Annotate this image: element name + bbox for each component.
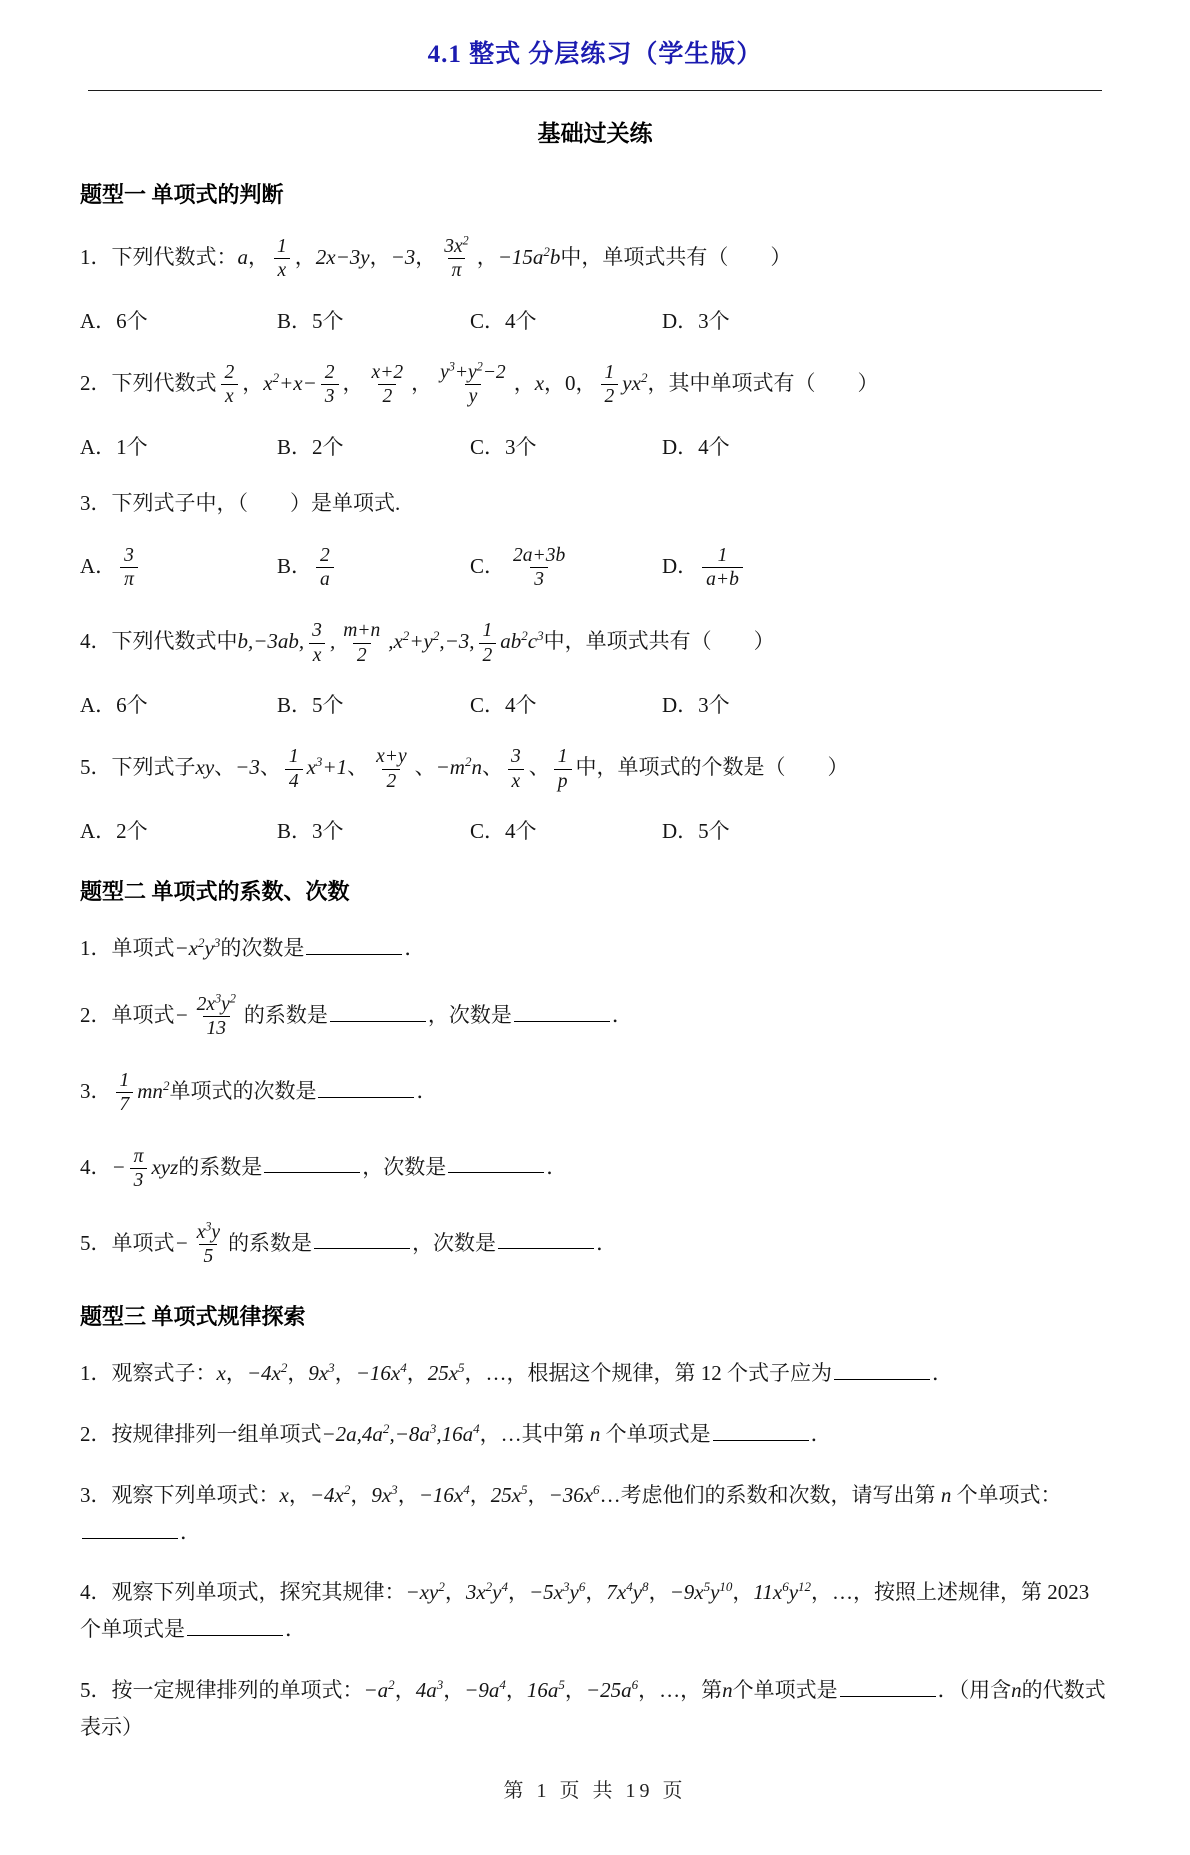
math-expression: ab2c3 (500, 629, 543, 653)
option-item: A．6个 (80, 689, 277, 719)
math-expression: −9x5y10 (670, 1580, 733, 1604)
text-run: ， (445, 1580, 466, 1604)
answer-blank (314, 1227, 410, 1249)
math-expression: yx2 (622, 371, 647, 395)
math-expression: x (280, 1483, 289, 1507)
text-run: ， (514, 371, 535, 395)
text-run: C．4个 (470, 693, 537, 717)
section-heading: 题型三 单项式规律探索 (80, 1300, 1110, 1331)
math-fraction: 1a+b (702, 544, 743, 592)
text-run: D． (662, 553, 698, 577)
text-run: D．3个 (662, 693, 730, 717)
math-fraction: 17 (116, 1069, 134, 1117)
text-run: 中，单项式共有（ ） (544, 629, 775, 653)
math-expression: n (1011, 1678, 1022, 1702)
option-item: D．3个 (662, 305, 1110, 335)
text-run: ． (596, 1230, 617, 1254)
text-run: ， (398, 1483, 419, 1507)
math-expression: x3+1 (307, 755, 348, 779)
math-expression: x2+x− (263, 371, 317, 395)
answer-blank (514, 1000, 610, 1022)
text-run: ， (415, 245, 436, 269)
answer-blank (82, 1517, 178, 1539)
text-run: ， (370, 245, 391, 269)
question-line: 1．观察式子：x，−4x2，9x3，−16x4，25x5，…，根据这个规律，第 … (80, 1355, 1110, 1392)
text-run: D．5个 (662, 819, 730, 843)
text-run: 3．下列式子中，（ ）是单项式. (80, 491, 400, 515)
text-run: 4．下列代数式中 (80, 629, 238, 653)
answer-blank (713, 1419, 809, 1441)
text-run: ， (506, 1678, 527, 1702)
text-run: C．3个 (470, 435, 537, 459)
text-run: 、 (347, 755, 368, 779)
text-run: A． (80, 553, 116, 577)
answer-blank (187, 1614, 283, 1636)
math-expression: − (175, 1003, 189, 1027)
math-expression: −3 (235, 755, 260, 779)
question-line: 2．下列代数式2x，x2+x−23，x+22，y3+y2−2y，x，0，12yx… (80, 359, 1110, 411)
math-expression: 2x−3y (316, 245, 370, 269)
text-run: D．3个 (662, 309, 730, 333)
math-expression: ,x2+y2,−3, (388, 629, 474, 653)
text-run: 、 (260, 755, 281, 779)
math-fraction: 2x3y213 (193, 993, 240, 1041)
text-run: A．2个 (80, 819, 148, 843)
math-fraction: 23 (321, 361, 339, 409)
text-run: 5．下列式子 (80, 755, 196, 779)
text-run: ， (287, 1361, 308, 1385)
option-item: A．6个 (80, 305, 277, 335)
doc-title: 4.1 整式 分层练习（学生版） (80, 34, 1110, 70)
math-fraction: 12 (601, 361, 619, 409)
text-run: 2．下列代数式 (80, 371, 217, 395)
text-run: C．4个 (470, 819, 537, 843)
text-run: ，…，第 (638, 1678, 722, 1702)
option-item: B．3个 (277, 815, 470, 845)
question-line: 4．−π3xyz的系数是，次数是． (80, 1143, 1110, 1195)
text-run: ， (585, 1580, 606, 1604)
worksheet-page: 4.1 整式 分层练习（学生版） 基础过关练 题型一 单项式的判断1．下列代数式… (0, 0, 1190, 1855)
math-fraction: 2a (316, 544, 334, 592)
math-expression: 3x2y4 (466, 1580, 508, 1604)
text-run: ， (470, 1483, 491, 1507)
option-item: C．4个 (470, 689, 662, 719)
question-line: 1．单项式−x2y3的次数是． (80, 930, 1110, 967)
text-run: 、 (415, 755, 436, 779)
text-run: ． (285, 1617, 306, 1641)
question-line: 5．下列式子xy、−3、14x3+1、x+y2、−m2n、3x、1p中，单项式的… (80, 743, 1110, 795)
math-fraction: 3x (308, 619, 326, 667)
math-fraction: 14 (285, 745, 303, 793)
answer-blank (834, 1358, 930, 1380)
text-run: 4．观察下列单项式，探究其规律： (80, 1580, 406, 1604)
text-run: 、 (482, 755, 503, 779)
text-run: A．1个 (80, 435, 148, 459)
math-fraction: x3y5 (193, 1221, 224, 1269)
math-expression: mn2 (137, 1079, 169, 1103)
math-expression: −m2n (436, 755, 482, 779)
option-item: B．5个 (277, 689, 470, 719)
option-item: B．2a (277, 542, 470, 594)
answer-blank (318, 1075, 414, 1097)
text-run: B． (277, 553, 312, 577)
math-expression: 9x3 (371, 1483, 397, 1507)
math-expression: n (941, 1483, 952, 1507)
question-line: 3．17mn2单项式的次数是． (80, 1067, 1110, 1119)
text-run: 3． (80, 1079, 112, 1103)
text-run: ， (443, 1678, 464, 1702)
math-expression: 7x4y8 (606, 1580, 648, 1604)
text-run: ， (295, 245, 316, 269)
text-run: ， (226, 1361, 247, 1385)
math-fraction: x+22 (368, 361, 408, 409)
text-run: 2．单项式 (80, 1003, 175, 1027)
text-run: ， (343, 371, 364, 395)
text-run: 个单项式： (951, 1483, 1061, 1507)
text-run: ， (335, 1361, 356, 1385)
math-fraction: m+n2 (339, 619, 384, 667)
text-run: ． (811, 1422, 832, 1446)
text-run: 4． (80, 1154, 112, 1178)
text-run: 中，单项式的个数是（ ） (576, 755, 849, 779)
text-run: 1．观察式子： (80, 1361, 217, 1385)
text-run: 1．单项式 (80, 936, 175, 960)
text-run: ， (407, 1361, 428, 1385)
option-item: C．4个 (470, 815, 662, 845)
title-divider (88, 90, 1102, 91)
text-run: ，其中单项式有（ ） (647, 371, 878, 395)
question-line: 1．下列代数式：a，1x，2x−3y，−3，3x2π，−15a2b中，单项式共有… (80, 233, 1110, 285)
text-run: ， (242, 371, 263, 395)
option-item: B．5个 (277, 305, 470, 335)
text-run: ，次数是 (428, 1003, 512, 1027)
text-run: D．4个 (662, 435, 730, 459)
math-fraction: 1x (273, 235, 291, 283)
text-run: B．2个 (277, 435, 344, 459)
option-item: D．3个 (662, 689, 1110, 719)
text-run: B．5个 (277, 309, 344, 333)
math-expression: −16x4 (419, 1483, 470, 1507)
options-row: A．2个B．3个C．4个D．5个 (80, 815, 1110, 845)
math-expression: −4x2 (310, 1483, 351, 1507)
text-run: ， (350, 1483, 371, 1507)
option-item: C．2a+3b3 (470, 542, 662, 594)
option-item: D．5个 (662, 815, 1110, 845)
section-heading: 题型一 单项式的判断 (80, 178, 1110, 209)
text-run: 的系数是 (178, 1154, 262, 1178)
text-run: …考虑他们的系数和次数，请写出第 (600, 1483, 941, 1507)
text-run: ， (395, 1678, 416, 1702)
math-expression: −16x4 (356, 1361, 407, 1385)
math-fraction: π3 (130, 1145, 148, 1193)
question-line: 3．观察下列单项式：x，−4x2，9x3，−16x4，25x5，−36x6…考虑… (80, 1477, 1110, 1551)
math-fraction: 3x (507, 745, 525, 793)
question-line: 4．下列代数式中b,−3ab,3x,m+n2,x2+y2,−3,12ab2c3中… (80, 617, 1110, 669)
math-expression: −4x2 (247, 1361, 288, 1385)
math-expression: 25x5 (491, 1483, 528, 1507)
math-expression: −x2y3 (175, 936, 221, 960)
text-run: ，…，根据这个规律，第 12 个式子应为 (465, 1361, 833, 1385)
text-run: 5．单项式 (80, 1230, 175, 1254)
text-run: 的次数是 (220, 936, 304, 960)
text-run: ，0， (544, 371, 597, 395)
options-row: A．6个B．5个C．4个D．3个 (80, 689, 1110, 719)
math-expression: , (330, 629, 335, 653)
math-expression: 9x3 (308, 1361, 334, 1385)
text-run: 单项式的次数是 (169, 1079, 316, 1103)
math-expression: −9a4 (464, 1678, 506, 1702)
text-run: ， (528, 1483, 549, 1507)
math-expression: −xy2 (406, 1580, 445, 1604)
option-item: A．3π (80, 542, 277, 594)
text-run: 2．按规律排列一组单项式 (80, 1422, 322, 1446)
text-run: 中，单项式共有（ ） (560, 245, 791, 269)
answer-blank (448, 1151, 544, 1173)
worksheet-body: 题型一 单项式的判断1．下列代数式：a，1x，2x−3y，−3，3x2π，−15… (80, 178, 1110, 1745)
math-expression: x (535, 371, 544, 395)
math-expression: −a2 (364, 1678, 395, 1702)
text-run: ， (477, 245, 498, 269)
text-run: A．6个 (80, 309, 148, 333)
option-item: C．3个 (470, 431, 662, 461)
page-footer: 第 1 页 共 19 页 (0, 1774, 1190, 1803)
math-expression: xy (196, 755, 215, 779)
text-run: ， (649, 1580, 670, 1604)
math-fraction: 3x2π (440, 235, 472, 283)
text-run: C．4个 (470, 309, 537, 333)
text-run: 个单项式是 (600, 1422, 710, 1446)
math-expression: b,−3ab, (238, 629, 305, 653)
option-item: B．2个 (277, 431, 470, 461)
text-run: 个单项式是 (733, 1678, 838, 1702)
math-expression: −15a2b (498, 245, 561, 269)
math-expression: a (238, 245, 249, 269)
text-run: 的系数是 (228, 1230, 312, 1254)
question-line: 4．观察下列单项式，探究其规律：−xy2，3x2y4，−5x3y6，7x4y8，… (80, 1574, 1110, 1648)
text-run: ． (932, 1361, 953, 1385)
math-expression: n (590, 1422, 601, 1446)
math-expression: −25a6 (586, 1678, 638, 1702)
math-expression: 16a5 (527, 1678, 565, 1702)
text-run: ． (404, 936, 425, 960)
math-expression: − (112, 1154, 126, 1178)
text-run: 、 (214, 755, 235, 779)
text-run: ，…其中第 (480, 1422, 590, 1446)
text-run: ， (289, 1483, 310, 1507)
question-line: 5．按一定规律排列的单项式：−a2，4a3，−9a4，16a5，−25a6，…，… (80, 1672, 1110, 1746)
math-expression: 4a3 (416, 1678, 444, 1702)
option-item: D．4个 (662, 431, 1110, 461)
section-heading: 题型二 单项式的系数、次数 (80, 875, 1110, 906)
section-banner: 基础过关练 (80, 115, 1110, 148)
math-expression: −3 (391, 245, 416, 269)
math-fraction: 2x (221, 361, 239, 409)
option-item: D．1a+b (662, 542, 1110, 594)
text-run: 3．观察下列单项式： (80, 1483, 280, 1507)
question-line: 2．按规律排列一组单项式−2a,4a2,−8a3,16a4，…其中第 n 个单项… (80, 1416, 1110, 1453)
text-run: ，次数是 (362, 1154, 446, 1178)
text-run: B．3个 (277, 819, 344, 843)
text-run: ． (546, 1154, 567, 1178)
answer-blank (840, 1675, 936, 1697)
text-run: B．5个 (277, 693, 344, 717)
math-expression: −5x3y6 (529, 1580, 585, 1604)
text-run: 、 (529, 755, 550, 779)
text-run: ， (508, 1580, 529, 1604)
math-fraction: 1p (554, 745, 572, 793)
answer-blank (498, 1227, 594, 1249)
option-item: A．2个 (80, 815, 277, 845)
text-run: C． (470, 553, 505, 577)
math-expression: xyz (151, 1154, 178, 1178)
options-row: A．3πB．2aC．2a+3b3D．1a+b (80, 542, 1110, 594)
text-run: 的系数是 (244, 1003, 328, 1027)
question-line: 2．单项式−2x3y213的系数是，次数是． (80, 991, 1110, 1043)
text-run: ， (565, 1678, 586, 1702)
text-run: ， (411, 371, 432, 395)
text-run: ． (416, 1079, 437, 1103)
options-row: A．6个B．5个C．4个D．3个 (80, 305, 1110, 335)
text-run: ，次数是 (412, 1230, 496, 1254)
answer-blank (264, 1151, 360, 1173)
math-fraction: x+y2 (372, 745, 411, 793)
math-expression: x (217, 1361, 226, 1385)
math-fraction: y3+y2−2y (436, 361, 510, 409)
math-expression: −2a,4a2,−8a3,16a4 (322, 1422, 480, 1446)
question-line: 3．下列式子中，（ ）是单项式. (80, 485, 1110, 522)
text-run: ， (732, 1580, 753, 1604)
option-item: A．1个 (80, 431, 277, 461)
math-expression: n (722, 1678, 733, 1702)
math-expression: 25x5 (428, 1361, 465, 1385)
math-fraction: 3π (120, 544, 138, 592)
options-row: A．1个B．2个C．3个D．4个 (80, 431, 1110, 461)
math-expression: −36x6 (549, 1483, 600, 1507)
question-line: 5．单项式−x3y5的系数是，次数是． (80, 1219, 1110, 1271)
answer-blank (330, 1000, 426, 1022)
math-expression: − (175, 1230, 189, 1254)
text-run: ． (180, 1520, 201, 1544)
text-run: ．（用含 (938, 1678, 1012, 1702)
text-run: ， (248, 245, 269, 269)
text-run: ． (612, 1003, 633, 1027)
text-run: 5．按一定规律排列的单项式： (80, 1678, 364, 1702)
answer-blank (306, 933, 402, 955)
math-fraction: 12 (479, 619, 497, 667)
text-run: A．6个 (80, 693, 148, 717)
math-expression: 11x6y12 (753, 1580, 811, 1604)
math-fraction: 2a+3b3 (509, 544, 569, 592)
option-item: C．4个 (470, 305, 662, 335)
text-run: 1．下列代数式： (80, 245, 238, 269)
